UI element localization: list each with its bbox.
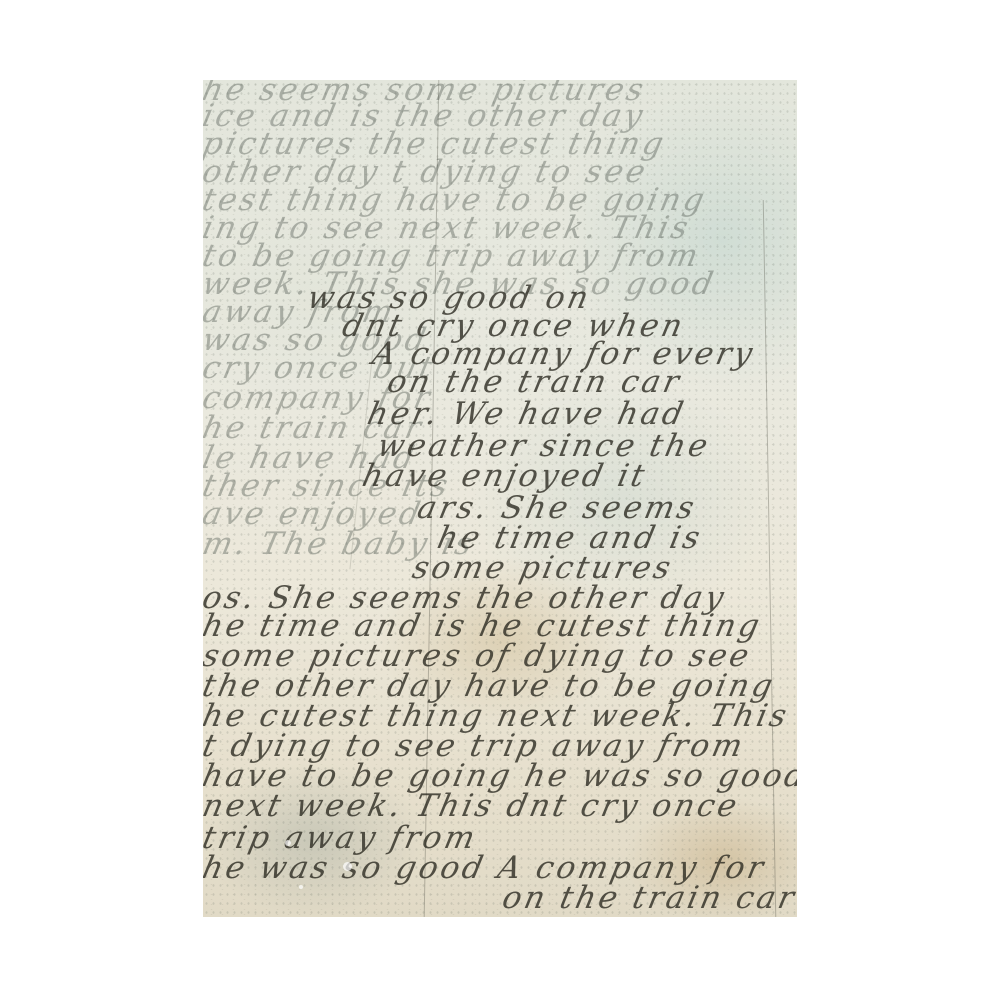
paint-speck: [299, 885, 303, 889]
handwritten-line: on the train car: [384, 364, 685, 400]
handwritten-line: next week. This dnt cry once: [203, 788, 743, 824]
image-canvas: he seems some picturesice and is the oth…: [0, 0, 1000, 1000]
handwritten-line: her. We have had: [364, 396, 689, 432]
paint-speck: [285, 840, 291, 846]
handwritten-line: on the train car: [499, 880, 797, 916]
paper-crease: [763, 200, 777, 917]
aged-paper-sheet: he seems some picturesice and is the oth…: [203, 80, 797, 917]
handwritten-line: have enjoyed it: [359, 458, 650, 494]
paint-speck: [343, 862, 352, 871]
